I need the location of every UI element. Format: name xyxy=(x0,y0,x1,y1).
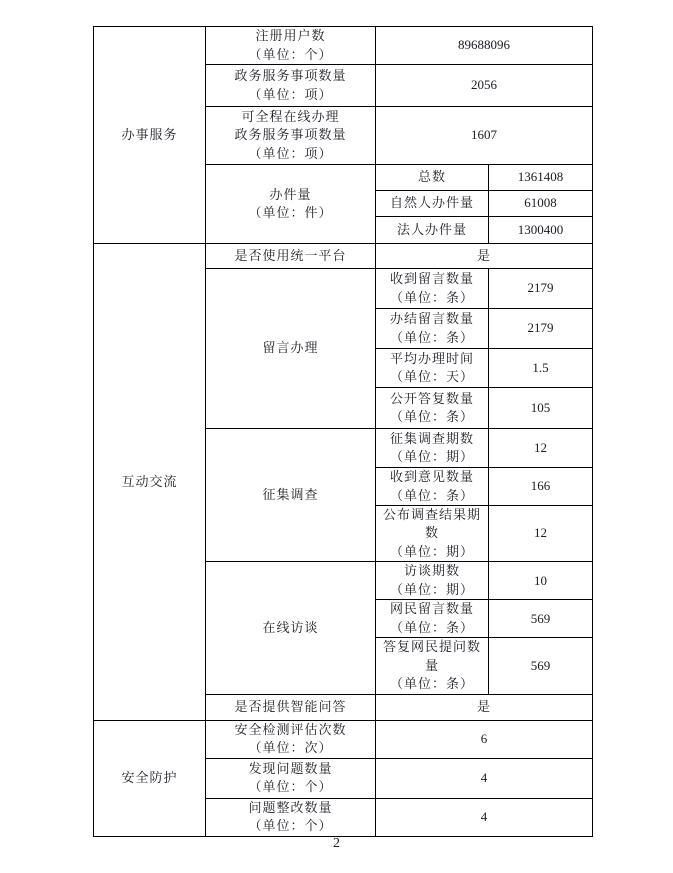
value-text: 166 xyxy=(531,478,551,493)
sub-indicator-cell: 答复网民提问数量 （单位：条） xyxy=(376,638,489,694)
page-number: 2 xyxy=(0,836,673,852)
indicator-cell: 发现问题数量 （单位：个） xyxy=(206,758,376,798)
value-text: 1300400 xyxy=(518,222,564,237)
sub-indicator-label: 收到留言数量 xyxy=(379,270,485,288)
value-cell: 105 xyxy=(489,388,593,429)
value-cell: 1.5 xyxy=(489,349,593,388)
indicator-cell: 在线访谈 xyxy=(206,562,376,694)
sub-indicator-cell: 公布调查结果期数 （单位：期） xyxy=(376,506,489,562)
value-cell: 6 xyxy=(376,720,593,758)
indicator-label: 在线访谈 xyxy=(262,620,318,635)
unit-label: （单位：个） xyxy=(209,817,372,835)
sub-indicator-label: 总数 xyxy=(418,169,446,184)
value-text: 61008 xyxy=(524,195,557,210)
category-cell-service: 办事服务 xyxy=(94,27,206,244)
indicator-label: 可全程在线办理 xyxy=(209,108,372,126)
value-cell: 166 xyxy=(489,468,593,506)
value-text: 105 xyxy=(531,400,551,415)
sub-indicator-cell: 网民留言数量 （单位：条） xyxy=(376,600,489,638)
unit-label: （单位：条） xyxy=(379,675,485,693)
sub-indicator-cell: 收到留言数量 （单位：条） xyxy=(376,269,489,309)
value-text: 6 xyxy=(481,731,488,746)
value-cell: 1361408 xyxy=(489,165,593,191)
value-text: 89688096 xyxy=(458,37,510,52)
value-text: 2179 xyxy=(528,280,554,295)
value-text: 1361408 xyxy=(518,169,564,184)
value-text: 是 xyxy=(477,699,491,714)
unit-label: （单位：条） xyxy=(379,408,485,426)
unit-label: （单位：条） xyxy=(379,619,485,637)
sub-indicator-label: 法人办件量 xyxy=(397,222,467,237)
value-cell: 89688096 xyxy=(376,27,593,65)
sub-indicator-cell: 办结留言数量 （单位：条） xyxy=(376,309,489,349)
indicator-cell: 政务服务事项数量 （单位：项） xyxy=(206,65,376,107)
indicator-label-line2: 政务服务事项数量 xyxy=(209,126,372,144)
value-cell: 569 xyxy=(489,638,593,694)
indicator-cell: 办件量 （单位：件） xyxy=(206,165,376,244)
indicator-label: 政务服务事项数量 xyxy=(209,67,372,85)
sub-indicator-cell: 平均办理时间 （单位：天） xyxy=(376,349,489,388)
value-text: 4 xyxy=(481,770,488,785)
indicator-label: 是否使用统一平台 xyxy=(234,248,346,263)
sub-indicator-label: 网民留言数量 xyxy=(379,600,485,618)
indicator-label: 问题整改数量 xyxy=(209,799,372,817)
indicator-label: 征集调查 xyxy=(262,487,318,502)
unit-label: （单位：条） xyxy=(379,329,485,347)
value-cell: 是 xyxy=(376,694,593,720)
value-text: 2056 xyxy=(471,77,497,92)
unit-label: （单位：期） xyxy=(379,543,485,561)
indicator-label: 安全检测评估次数 xyxy=(209,721,372,739)
value-cell: 1607 xyxy=(376,107,593,165)
unit-label: （单位：件） xyxy=(209,204,372,222)
section-label: 办事服务 xyxy=(121,127,177,142)
value-text: 12 xyxy=(534,525,547,540)
value-text: 569 xyxy=(531,658,551,673)
sub-indicator-cell: 法人办件量 xyxy=(376,217,489,244)
unit-label: （单位：项） xyxy=(209,145,372,163)
value-cell: 4 xyxy=(376,798,593,836)
unit-label: （单位：期） xyxy=(379,448,485,466)
value-cell: 569 xyxy=(489,600,593,638)
sub-indicator-label: 公布调查结果期数 xyxy=(379,506,485,543)
indicator-label: 是否提供智能问答 xyxy=(234,699,346,714)
sub-indicator-cell: 自然人办件量 xyxy=(376,191,489,217)
category-cell-interaction: 互动交流 xyxy=(94,244,206,721)
unit-label: （单位：天） xyxy=(379,368,485,386)
value-cell: 1300400 xyxy=(489,217,593,244)
sub-indicator-label: 访谈期数 xyxy=(379,562,485,580)
unit-label: （单位：个） xyxy=(209,46,372,64)
unit-label: （单位：期） xyxy=(379,581,485,599)
value-text: 10 xyxy=(534,573,547,588)
value-text: 4 xyxy=(481,809,488,824)
unit-label: （单位：条） xyxy=(379,487,485,505)
sub-indicator-cell: 总数 xyxy=(376,165,489,191)
document-page: 办事服务 注册用户数 （单位：个） 89688096 政务服务事项数量 （单位：… xyxy=(0,0,673,873)
value-text: 1.5 xyxy=(532,360,548,375)
indicator-label: 留言办理 xyxy=(262,340,318,355)
value-text: 2179 xyxy=(528,320,554,335)
unit-label: （单位：个） xyxy=(209,778,372,796)
sub-indicator-cell: 访谈期数 （单位：期） xyxy=(376,562,489,600)
sub-indicator-label: 答复网民提问数量 xyxy=(379,638,485,675)
indicators-table: 办事服务 注册用户数 （单位：个） 89688096 政务服务事项数量 （单位：… xyxy=(93,26,593,837)
indicator-cell: 可全程在线办理 政务服务事项数量 （单位：项） xyxy=(206,107,376,165)
indicator-label: 注册用户数 xyxy=(209,27,372,45)
unit-label: （单位：条） xyxy=(379,289,485,307)
sub-indicator-label: 公开答复数量 xyxy=(379,390,485,408)
value-cell: 12 xyxy=(489,506,593,562)
value-cell: 2179 xyxy=(489,269,593,309)
value-cell: 12 xyxy=(489,429,593,468)
value-cell: 是 xyxy=(376,244,593,269)
indicator-label: 办件量 xyxy=(209,186,372,204)
indicator-cell: 留言办理 xyxy=(206,269,376,429)
value-text: 569 xyxy=(531,611,551,626)
value-cell: 10 xyxy=(489,562,593,600)
value-cell: 2056 xyxy=(376,65,593,107)
sub-indicator-cell: 收到意见数量 （单位：条） xyxy=(376,468,489,506)
indicator-cell: 是否使用统一平台 xyxy=(206,244,376,269)
sub-indicator-label: 自然人办件量 xyxy=(390,195,474,210)
section-label: 互动交流 xyxy=(121,474,177,489)
unit-label: （单位：项） xyxy=(209,86,372,104)
indicator-cell: 注册用户数 （单位：个） xyxy=(206,27,376,65)
category-cell-security: 安全防护 xyxy=(94,720,206,836)
sub-indicator-cell: 公开答复数量 （单位：条） xyxy=(376,388,489,429)
sub-indicator-label: 征集调查期数 xyxy=(379,430,485,448)
unit-label: （单位：次） xyxy=(209,739,372,757)
indicator-cell: 征集调查 xyxy=(206,429,376,562)
value-cell: 4 xyxy=(376,758,593,798)
value-text: 是 xyxy=(477,248,491,263)
sub-indicator-label: 平均办理时间 xyxy=(379,350,485,368)
sub-indicator-cell: 征集调查期数 （单位：期） xyxy=(376,429,489,468)
indicator-cell: 是否提供智能问答 xyxy=(206,694,376,720)
value-text: 1607 xyxy=(471,127,497,142)
value-cell: 61008 xyxy=(489,191,593,217)
indicator-cell: 问题整改数量 （单位：个） xyxy=(206,798,376,836)
indicator-cell: 安全检测评估次数 （单位：次） xyxy=(206,720,376,758)
sub-indicator-label: 办结留言数量 xyxy=(379,310,485,328)
indicator-label: 发现问题数量 xyxy=(209,760,372,778)
sub-indicator-label: 收到意见数量 xyxy=(379,468,485,486)
section-label: 安全防护 xyxy=(121,770,177,785)
value-cell: 2179 xyxy=(489,309,593,349)
value-text: 12 xyxy=(534,440,547,455)
